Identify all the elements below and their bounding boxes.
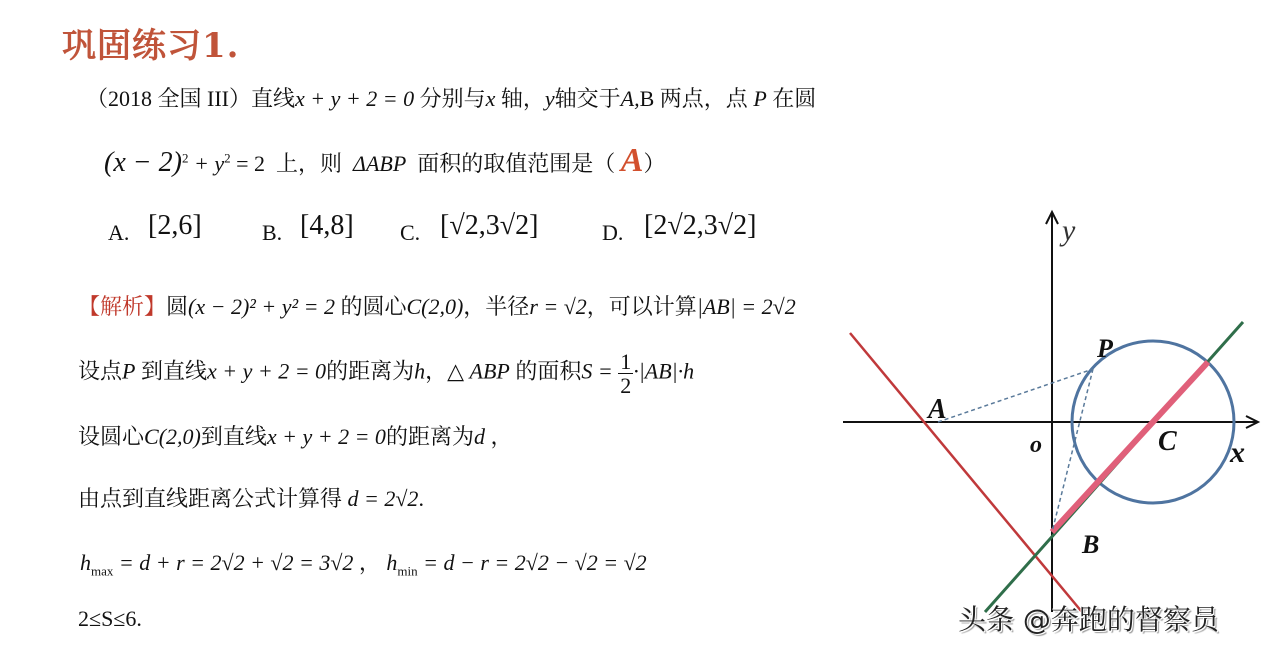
label-a: A xyxy=(926,394,947,425)
coordinate-diagram: y x o A B C P xyxy=(0,0,1278,653)
dashed-ap xyxy=(938,369,1093,422)
label-p: P xyxy=(1096,334,1114,363)
label-y: y xyxy=(1059,214,1076,247)
label-x: x xyxy=(1229,436,1245,469)
line-ab xyxy=(850,333,1082,612)
label-b: B xyxy=(1081,530,1099,559)
watermark: 头条 @奔跑的督察员 xyxy=(958,598,1219,638)
label-c: C xyxy=(1158,426,1177,457)
label-o: o xyxy=(1030,432,1042,458)
